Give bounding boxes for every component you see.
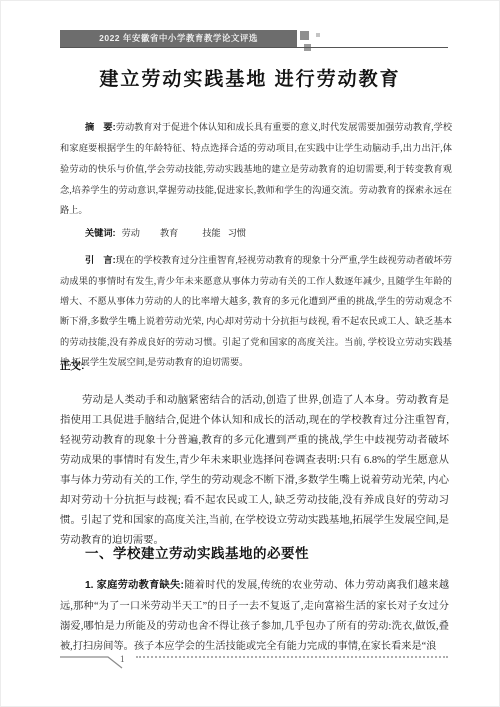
body-paragraph: 劳动是人类动手和动脑紧密结合的活动,创造了世界,创造了人本身。劳动教育是指使用工… bbox=[60, 391, 449, 550]
keyword-item: 教育 bbox=[160, 225, 178, 239]
keywords-line: 关键词:劳动教育技能习惯 bbox=[60, 225, 452, 239]
abstract-paragraph: 摘 要:劳动教育对于促进个体认知和成长具有重要的意义,时代发展需要加强劳动教育,… bbox=[60, 117, 452, 221]
decor-square-small bbox=[316, 33, 320, 37]
section-heading: 一、学校建立劳动实践基地的必要性 bbox=[85, 542, 309, 562]
introduction-text: 现在的学校教育过分注重智育,轻视劳动教育的现象十分严重,学生歧视劳动者破坏劳动成… bbox=[60, 255, 452, 367]
keyword-item: 技能 bbox=[202, 225, 220, 239]
page-title: 建立劳动实践基地 进行劳动教育 bbox=[0, 64, 500, 91]
document-page: 2022 年安徽省中小学教育教学论文评选 建立劳动实践基地 进行劳动教育 摘 要… bbox=[0, 0, 500, 707]
header-banner: 2022 年安徽省中小学教育教学论文评选 bbox=[60, 30, 297, 47]
section-item-paragraph: 1. 家庭劳动教育缺失:随着时代的发展,传统的农业劳动、体力劳动离我们越来越远,… bbox=[60, 576, 449, 658]
keyword-item: 习惯 bbox=[228, 225, 246, 239]
footer-dotted-line bbox=[136, 656, 448, 658]
keyword-item: 劳动 bbox=[122, 225, 140, 239]
decor-square-large bbox=[300, 31, 309, 40]
introduction-label: 引 言: bbox=[85, 255, 116, 265]
abstract-text: 劳动教育对于促进个体认知和成长具有重要的意义,时代发展需要加强劳动教育,学校和家… bbox=[60, 122, 452, 215]
introduction-paragraph: 引 言:现在的学校教育过分注重智育,轻视劳动教育的现象十分严重,学生歧视劳动者破… bbox=[60, 250, 452, 372]
abstract-label: 摘 要: bbox=[85, 122, 116, 132]
header-rule bbox=[60, 47, 448, 48]
keywords-label: 关键词: bbox=[85, 228, 116, 238]
page-number: 1 bbox=[120, 654, 125, 664]
body-label: 正文: bbox=[60, 358, 85, 373]
list-item-label: 1. 家庭劳动教育缺失: bbox=[85, 580, 184, 591]
